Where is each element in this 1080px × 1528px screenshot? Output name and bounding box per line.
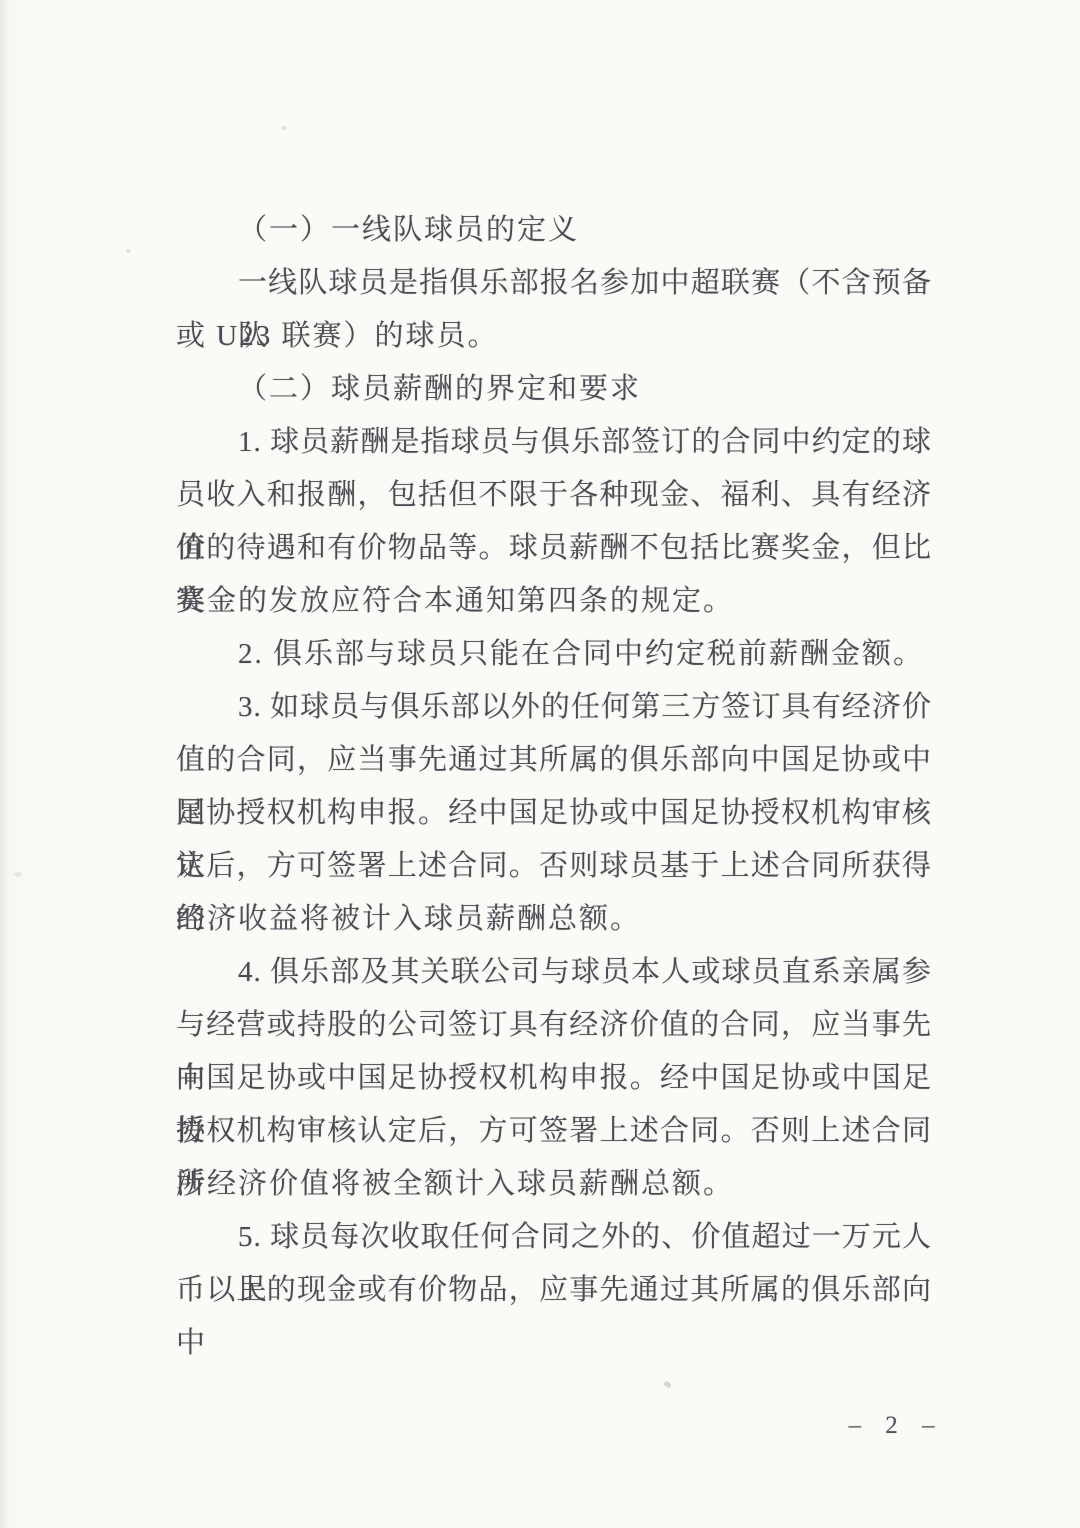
text-line: 员收入和报酬，包括但不限于各种现金、福利、具有经济价 — [176, 469, 932, 522]
text-line: 经济收益将被计入球员薪酬总额。 — [176, 893, 932, 946]
scan-speck — [14, 872, 22, 877]
text-line: （二）球员薪酬的界定和要求 — [176, 363, 932, 416]
text-line: 值的待遇和有价物品等。球员薪酬不包括比赛奖金，但比赛 — [176, 522, 932, 575]
scan-speck — [663, 1380, 672, 1388]
text-line: 涉经济价值将被全额计入球员薪酬总额。 — [176, 1158, 932, 1211]
text-line: 3. 如球员与俱乐部以外的任何第三方签订具有经济价 — [176, 681, 932, 734]
text-block: （一）一线队球员的定义一线队球员是指俱乐部报名参加中超联赛（不含预备队或 U23… — [176, 204, 932, 1317]
text-line: 值的合同，应当事先通过其所属的俱乐部向中国足协或中国 — [176, 734, 932, 787]
text-line: 中国足协或中国足协授权机构申报。经中国足协或中国足协 — [176, 1052, 932, 1105]
text-line: 2. 俱乐部与球员只能在合同中约定税前薪酬金额。 — [176, 628, 932, 681]
text-line: 定后，方可签署上述合同。否则球员基于上述合同所获得的 — [176, 840, 932, 893]
scan-speck — [126, 249, 131, 253]
text-line: 4. 俱乐部及其关联公司与球员本人或球员直系亲属参 — [176, 946, 932, 999]
paper-edge-shadow — [0, 0, 26, 1528]
text-line: 1. 球员薪酬是指球员与俱乐部签订的合同中约定的球 — [176, 416, 932, 469]
text-line: （一）一线队球员的定义 — [176, 204, 932, 257]
text-line: 一线队球员是指俱乐部报名参加中超联赛（不含预备队 — [176, 257, 932, 310]
text-line: 奖金的发放应符合本通知第四条的规定。 — [176, 575, 932, 628]
text-line: 足协授权机构申报。经中国足协或中国足协授权机构审核认 — [176, 787, 932, 840]
page-number: – 2 – — [836, 1412, 956, 1440]
document-page: { "page": { "background_color": "#fbfaf7… — [0, 0, 1080, 1528]
text-line: 与经营或持股的公司签订具有经济价值的合同，应当事先向 — [176, 999, 932, 1052]
scan-speck — [281, 126, 287, 130]
text-line: 币以上的现金或有价物品，应事先通过其所属的俱乐部向中 — [176, 1264, 932, 1317]
text-line: 授权机构审核认定后，方可签署上述合同。否则上述合同所 — [176, 1105, 932, 1158]
text-line: 5. 球员每次收取任何合同之外的、价值超过一万元人民 — [176, 1211, 932, 1264]
text-line: 或 U23 联赛）的球员。 — [176, 310, 932, 363]
